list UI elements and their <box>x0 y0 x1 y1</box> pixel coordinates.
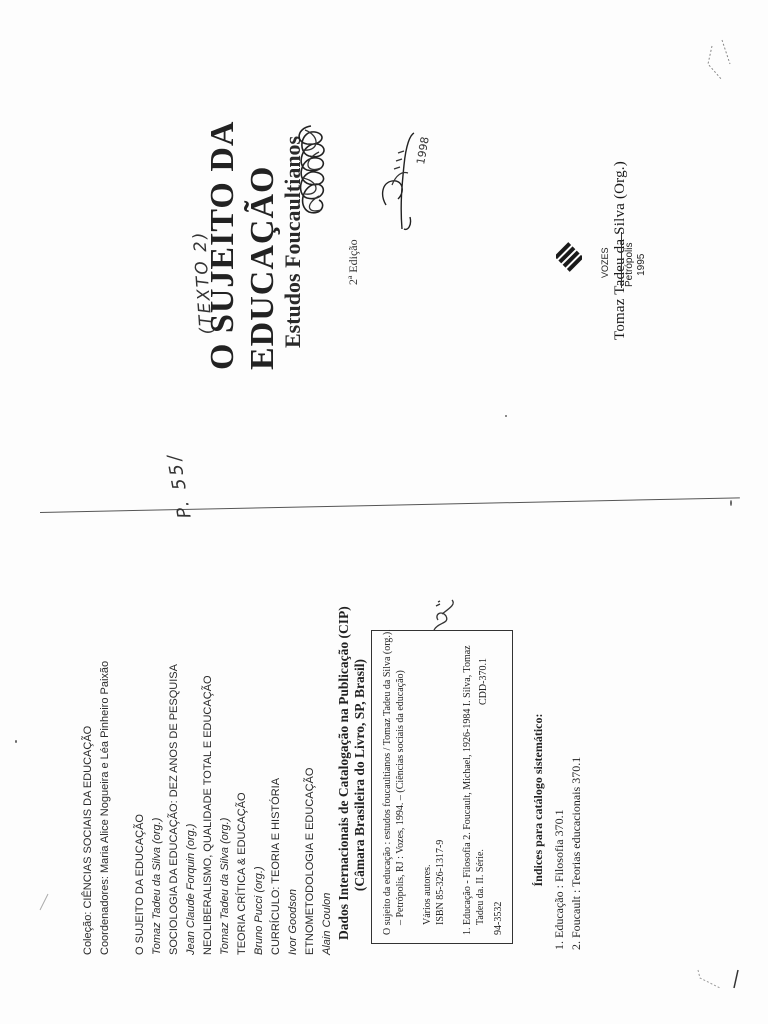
cip-record-text: O sujeito da educação : estudos foucault… <box>381 635 487 935</box>
publisher-name: VOZES <box>600 247 610 278</box>
cip-line: O sujeito da educação : estudos foucault… <box>381 635 394 935</box>
speck <box>730 500 732 506</box>
handwritten-signature: 1998 <box>372 125 452 235</box>
speck <box>15 740 17 743</box>
series-list: Coleção: CIÊNCIAS SOCIAIS DA EDUCAÇÃOCoo… <box>80 661 336 955</box>
series-item: TEORIA CRÍTICA & EDUCAÇÃO <box>234 661 251 955</box>
corner-mark <box>700 38 740 84</box>
place-divider <box>621 232 622 288</box>
cip-heading: Dados Internacionais de Catalogação na P… <box>336 610 368 940</box>
cip-line: Vários autores. <box>421 635 434 935</box>
speck <box>505 415 507 417</box>
index-item: 1. Educação : Filosofia 370.1 <box>551 650 568 950</box>
edition-label: 2ª Edição <box>346 239 361 285</box>
series-item: O SUJEITO DA EDUCAÇÃO <box>132 661 149 955</box>
series-gap <box>114 661 132 955</box>
series-item: Tomaz Tadeu da Silva (org.) <box>217 661 234 955</box>
series-item: SOCIOLOGIA DA EDUCAÇÃO: DEZ ANOS DE PESQ… <box>166 661 183 955</box>
series-item: Ivor Goodson <box>285 661 302 955</box>
ink-scribble-icon <box>293 122 331 218</box>
publication-place: Petrópolis <box>624 243 636 287</box>
series-item: ETNOMETODOLOGIA E EDUCAÇÃO <box>302 661 319 955</box>
series-item: CURRÍCULO: TEORIA E HISTÓRIA <box>268 661 285 955</box>
series-item: Bruno Pucci (org.) <box>251 661 268 955</box>
place-year: Petrópolis 1995 <box>624 243 648 287</box>
cip-cdd: CDD-370.1 <box>478 658 489 705</box>
title-line-1: O SUJEITO DA <box>203 121 243 370</box>
corner-mark <box>690 940 750 1000</box>
series-item: Alain Coulon <box>319 661 336 955</box>
cip-isbn: ISBN 85-326-1317-9 <box>434 635 447 935</box>
index-heading: Índices para catálogo sistemático: <box>530 650 547 950</box>
corner-mark <box>30 880 60 920</box>
series-item: Coleção: CIÊNCIAS SOCIAIS DA EDUCAÇÃO <box>80 661 97 955</box>
series-item: NEOLIBERALISMO, QUALIDADE TOTAL E EDUCAÇ… <box>200 661 217 955</box>
svg-text:1998: 1998 <box>414 136 432 166</box>
series-item: Tomaz Tadeu da Silva (org.) <box>149 661 166 955</box>
publication-year: 1995 <box>636 243 648 287</box>
handwritten-ref-mark <box>428 596 460 636</box>
scanned-page: Tomaz Tadeu da Silva (Org.) (TEXTO 2) O … <box>0 0 768 1024</box>
cip-line: – Petrópolis, RJ : Vozes, 1994. – (Ciênc… <box>394 635 407 935</box>
index-item: 2. Foucault : Teorias educacionais 370.1 <box>568 650 585 950</box>
book-title: O SUJEITO DA EDUCAÇÃO <box>203 121 283 370</box>
vozes-logo-icon <box>556 242 582 272</box>
title-line-2: EDUCAÇÃO <box>243 121 283 370</box>
systematic-index: Índices para catálogo sistemático: 1. Ed… <box>530 650 585 950</box>
page-fold-line <box>40 497 740 513</box>
series-item: Jean Claude Forquin (org.) <box>183 661 200 955</box>
cip-heading-line-1: Dados Internacionais de Catalogação na P… <box>336 610 352 940</box>
cip-line: 1. Educação - Filosofia 2. Foucault, Mic… <box>461 635 474 935</box>
cip-number: 94-3532 <box>493 902 504 935</box>
series-item: Coordenadores: Maria Alice Nogueira e Lé… <box>97 661 114 955</box>
cip-heading-line-2: (Câmara Brasileira do Livro, SP, Brasil) <box>352 610 368 940</box>
